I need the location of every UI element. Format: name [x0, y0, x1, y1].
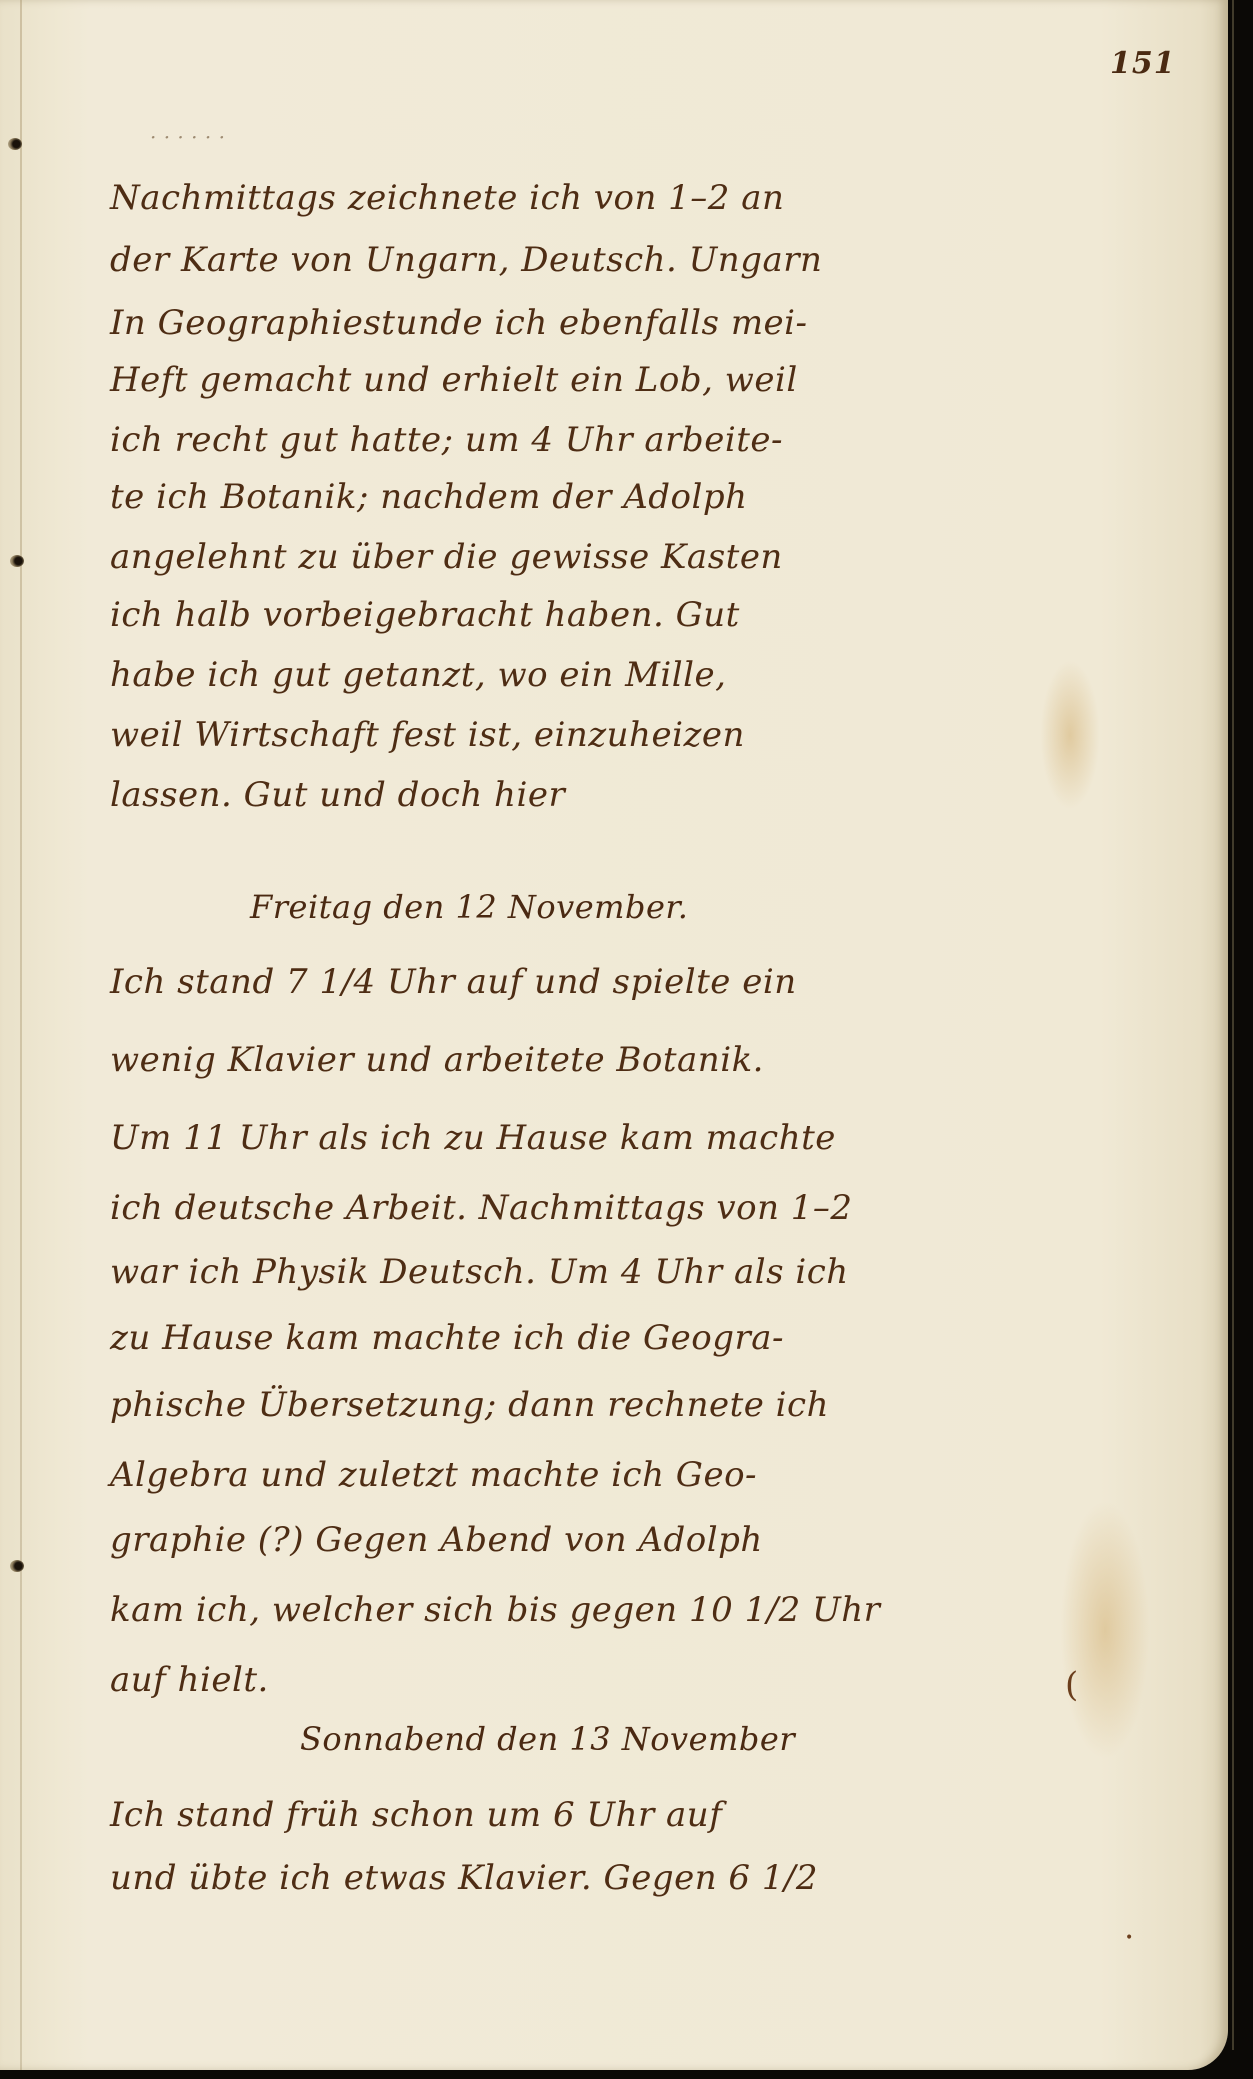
text-line: lassen. Gut und doch hier	[110, 775, 565, 815]
text-line: wenig Klavier und arbeitete Botanik.	[110, 1040, 764, 1080]
paper-stain	[1060, 1500, 1150, 1760]
text-line: der Karte von Ungarn, Deutsch. Ungarn	[110, 240, 822, 280]
entry-heading: Freitag den 12 November.	[250, 888, 688, 926]
text-line: In Geographiestunde ich ebenfalls mei-	[110, 303, 808, 343]
text-line: kam ich, welcher sich bis gegen 10 1/2 U…	[110, 1590, 880, 1630]
text-line: Algebra und zuletzt machte ich Geo-	[110, 1455, 757, 1495]
text-line: Um 11 Uhr als ich zu Hause kam machte	[110, 1118, 836, 1158]
text-line: habe ich gut getanzt, wo ein Mille,	[110, 655, 726, 695]
text-line: te ich Botanik; nachdem der Adolph	[110, 477, 748, 517]
binding-hole	[8, 138, 22, 150]
text-line: ich recht gut hatte; um 4 Uhr arbeite-	[110, 420, 783, 460]
text-line: Ich stand früh schon um 6 Uhr auf	[110, 1795, 722, 1835]
text-line: angelehnt zu über die gewisse Kasten	[110, 537, 783, 577]
text-line: zu Hause kam machte ich die Geogra-	[110, 1318, 784, 1358]
folio-number: 151	[1110, 46, 1176, 81]
text-line: Ich stand 7 1/4 Uhr auf und spielte ein	[110, 962, 797, 1002]
entry-heading: Sonnabend den 13 November	[300, 1720, 795, 1758]
faint-text-line: · · · · · ·	[150, 125, 225, 149]
text-line: Nachmittags zeichnete ich von 1–2 an	[110, 178, 784, 218]
text-line: ich halb vorbeigebracht haben. Gut	[110, 595, 740, 635]
text-line: weil Wirtschaft fest ist, einzuheizen	[110, 715, 745, 755]
text-line: ich deutsche Arbeit. Nachmittags von 1–2	[110, 1188, 853, 1228]
binding-hole	[10, 1560, 24, 1572]
margin-mark: (	[1065, 1665, 1078, 1705]
paper-stain	[1040, 660, 1100, 810]
ink-dot: •	[1125, 1930, 1133, 1946]
text-line: war ich Physik Deutsch. Um 4 Uhr als ich	[110, 1252, 849, 1292]
text-line: und übte ich etwas Klavier. Gegen 6 1/2	[110, 1858, 818, 1898]
binding-hole	[10, 555, 24, 567]
text-line: phische Übersetzung; dann rechnete ich	[110, 1385, 829, 1425]
text-line: auf hielt.	[110, 1660, 269, 1700]
manuscript-page: 151 · · · · · · Nachmittags zeichnete ic…	[0, 0, 1228, 2070]
binding-fold	[20, 0, 22, 2070]
page-edge	[1232, 0, 1234, 2050]
text-line: graphie (?) Gegen Abend von Adolph	[110, 1520, 763, 1560]
text-line: Heft gemacht und erhielt ein Lob, weil	[110, 360, 798, 400]
